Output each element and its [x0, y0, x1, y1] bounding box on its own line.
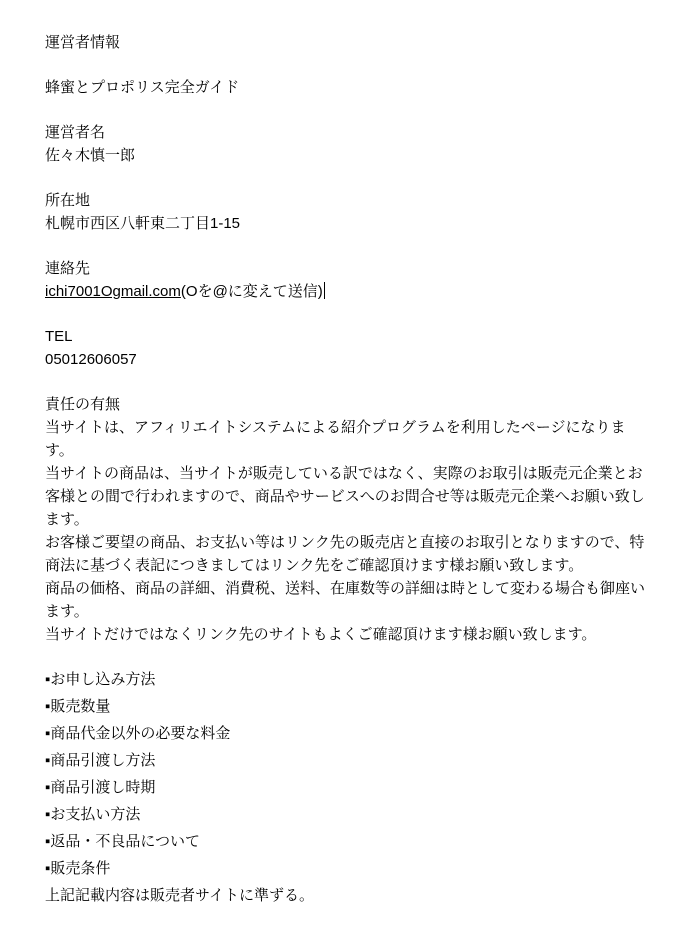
disclaimer-block: 責任の有無 当サイトは、アフィリエイトシステムによる紹介プログラムを利用したペー… [45, 393, 650, 646]
tel-value: 05012606057 [45, 351, 137, 368]
disclaimer-line: 当サイトの商品は、当サイトが販売している訳ではなく、実際のお取引は販売元企業とお… [45, 462, 650, 531]
operator-label: 運営者名 [45, 124, 105, 141]
list-item: ▪商品引渡し時期 [45, 776, 650, 799]
address-label: 所在地 [45, 192, 90, 209]
operator-info-page: 運営者情報 蜂蜜とプロポリス完全ガイド 運営者名 佐々木慎一郎 所在地 札幌市西… [0, 0, 695, 907]
disclaimer-line: 商品の価格、商品の詳細、消費税、送料、在庫数等の詳細は時として変わる場合も御座い… [45, 577, 650, 623]
tel-label: TEL [45, 328, 73, 345]
list-item-label: 商品引渡し方法 [50, 752, 155, 769]
list-item-label: 返品・不良品について [50, 833, 200, 850]
list-item-label: お支払い方法 [50, 806, 140, 823]
list-item: ▪お申し込み方法 [45, 668, 650, 691]
email-note: (Oを@に変えて送信) [181, 283, 323, 300]
disclaimer-line: 当サイトだけではなくリンク先のサイトもよくご確認頂けます様お願い致します。 [45, 623, 650, 646]
page-title: 運営者情報 [45, 31, 650, 54]
list-item: ▪商品代金以外の必要な料金 [45, 722, 650, 745]
list-item: ▪返品・不良品について [45, 830, 650, 853]
list-item: ▪商品引渡し方法 [45, 749, 650, 772]
tel-block: TEL 05012606057 [45, 325, 650, 371]
list-item-label: お申し込み方法 [50, 671, 155, 688]
required-items-list: ▪お申し込み方法 ▪販売数量 ▪商品代金以外の必要な料金 ▪商品引渡し方法 ▪商… [45, 668, 650, 880]
disclaimer-line: お客様ご要望の商品、お支払い等はリンク先の販売店と直接のお取引となりますので、特… [45, 531, 650, 577]
list-item-label: 商品引渡し時期 [50, 779, 155, 796]
contact-block: 連絡先 ichi7001Ogmail.com(Oを@に変えて送信) [45, 257, 650, 303]
operator-value: 佐々木慎一郎 [45, 147, 135, 164]
list-item-label: 販売数量 [50, 698, 110, 715]
operator-block: 運営者名 佐々木慎一郎 [45, 121, 650, 167]
email-link[interactable]: ichi7001Ogmail.com [45, 283, 181, 300]
list-item: ▪お支払い方法 [45, 803, 650, 826]
disclaimer-heading: 責任の有無 [45, 393, 650, 416]
list-item-label: 商品代金以外の必要な料金 [50, 725, 230, 742]
address-block: 所在地 札幌市西区八軒東二丁目1-15 [45, 189, 650, 235]
footer-note: 上記記載内容は販売者サイトに準ずる。 [45, 884, 650, 907]
site-name: 蜂蜜とプロポリス完全ガイド [45, 76, 650, 99]
contact-label: 連絡先 [45, 260, 90, 277]
list-item-label: 販売条件 [50, 860, 110, 877]
address-value: 札幌市西区八軒東二丁目1-15 [45, 215, 240, 232]
disclaimer-line: 当サイトは、アフィリエイトシステムによる紹介プログラムを利用したページになります… [45, 416, 650, 462]
list-item: ▪販売数量 [45, 695, 650, 718]
text-cursor [324, 282, 325, 299]
list-item: ▪販売条件 [45, 857, 650, 880]
